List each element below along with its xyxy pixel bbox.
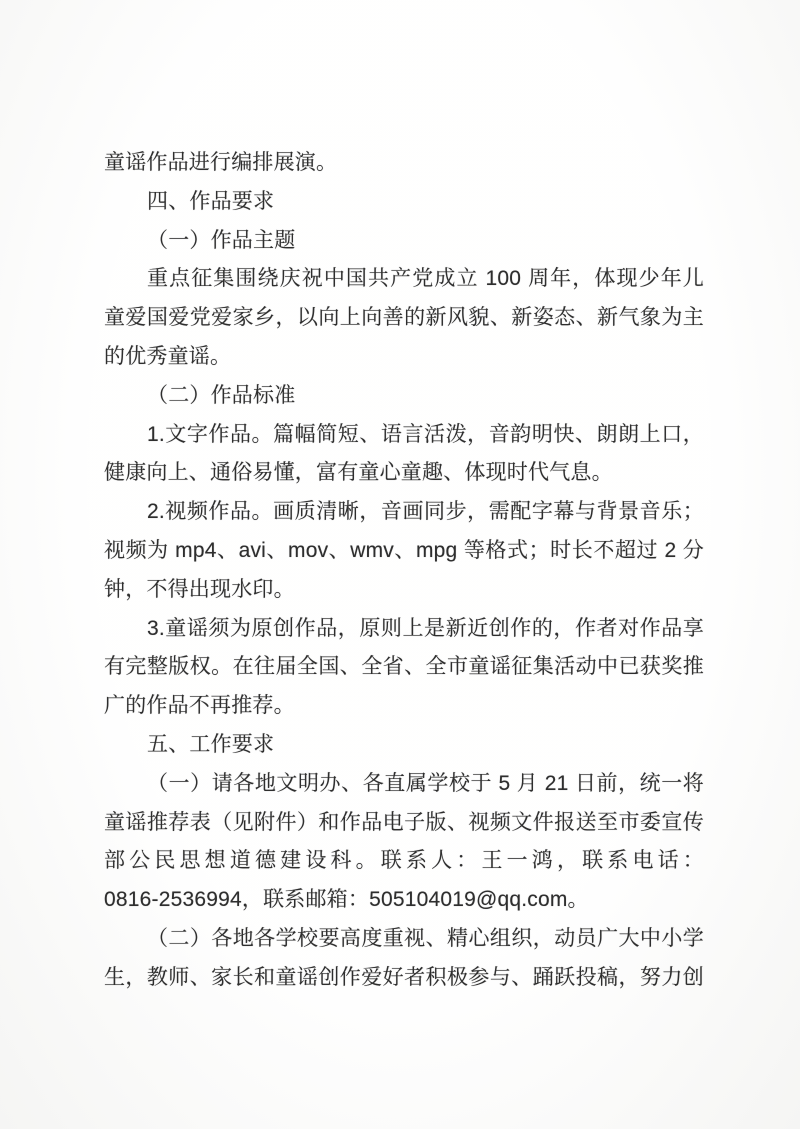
text-line: 童爱国爱党爱家乡，以向上向善的新风貌、新姿态、新气象为主 — [104, 299, 704, 338]
text-line: 2.视频作品。画质清晰，音画同步，需配字幕与背景音乐； — [104, 493, 704, 532]
text-line: 部公民思想道德建设科。联系人：王一鸿，联系电话： — [104, 842, 704, 881]
text-line: 五、工作要求 — [104, 726, 704, 765]
text-line: 的优秀童谣。 — [104, 338, 704, 377]
text-line: 童谣推荐表（见附件）和作品电子版、视频文件报送至市委宣传 — [104, 804, 704, 843]
text-line: 视频为 mp4、avi、mov、wmv、mpg 等格式；时长不超过 2 分 — [104, 532, 704, 571]
document-body: 童谣作品进行编排展演。四、作品要求（一）作品主题重点征集围绕庆祝中国共产党成立 … — [104, 144, 704, 998]
text-line: （二）作品标准 — [104, 377, 704, 416]
document-page: 童谣作品进行编排展演。四、作品要求（一）作品主题重点征集围绕庆祝中国共产党成立 … — [0, 0, 800, 1129]
text-line: 1.文字作品。篇幅简短、语言活泼，音韵明快、朗朗上口， — [104, 416, 704, 455]
text-line: 0816-2536994，联系邮箱：505104019@qq.com。 — [104, 881, 704, 920]
text-line: （一）请各地文明办、各直属学校于 5 月 21 日前，统一将 — [104, 765, 704, 804]
text-line: 重点征集围绕庆祝中国共产党成立 100 周年，体现少年儿 — [104, 260, 704, 299]
text-line: 生，教师、家长和童谣创作爱好者积极参与、踊跃投稿，努力创 — [104, 959, 704, 998]
text-line: 健康向上、通俗易懂，富有童心童趣、体现时代气息。 — [104, 454, 704, 493]
text-line: 钟，不得出现水印。 — [104, 571, 704, 610]
text-line: 广的作品不再推荐。 — [104, 687, 704, 726]
text-line: （二）各地各学校要高度重视、精心组织，动员广大中小学 — [104, 920, 704, 959]
text-line: 有完整版权。在往届全国、全省、全市童谣征集活动中已获奖推 — [104, 648, 704, 687]
text-line: 童谣作品进行编排展演。 — [104, 144, 704, 183]
text-line: 3.童谣须为原创作品，原则上是新近创作的，作者对作品享 — [104, 610, 704, 649]
text-line: 四、作品要求 — [104, 183, 704, 222]
text-line: （一）作品主题 — [104, 222, 704, 261]
